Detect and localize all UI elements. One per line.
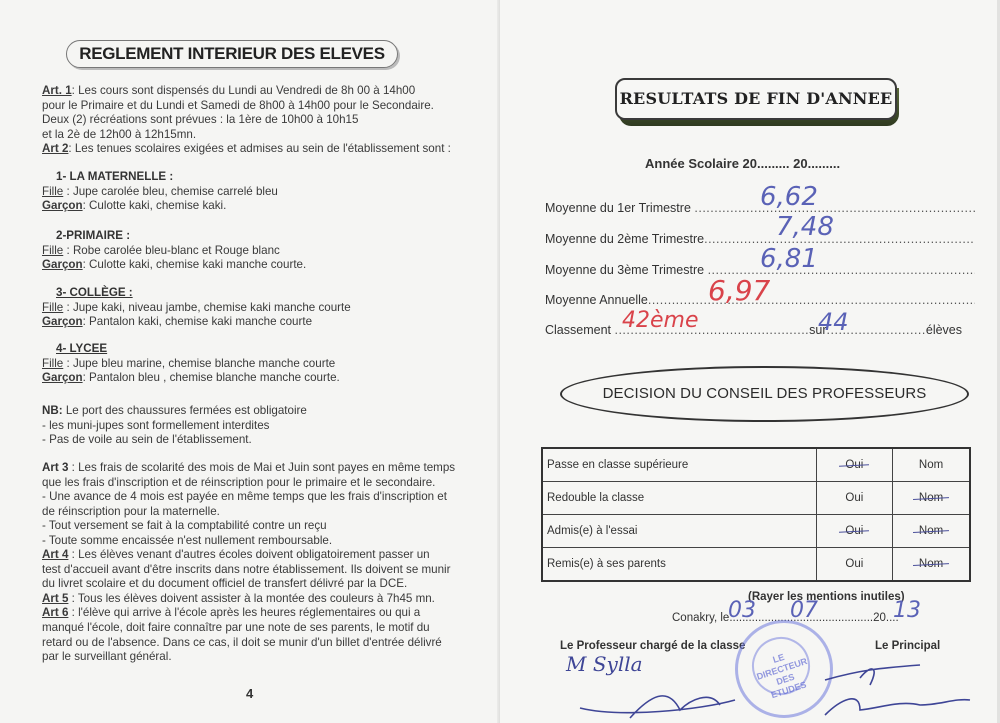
- decision-table: Passe en classe supérieure Oui Nom Redou…: [541, 447, 971, 582]
- teacher-label: Le Professeur chargé de la classe: [560, 640, 745, 652]
- decision-title: DECISION DU CONSEIL DES PROFESSEURS: [560, 366, 969, 422]
- nom-option: Nom: [919, 459, 943, 471]
- handwritten-moyenne-2: 7,48: [776, 212, 834, 242]
- art2-label: Art 2: [42, 142, 68, 155]
- oui-option: Oui: [845, 459, 863, 471]
- table-row: Admis(e) à l'essai Oui Nom: [542, 515, 970, 548]
- nom-option: Nom: [919, 558, 943, 570]
- oui-option: Oui: [845, 525, 863, 537]
- table-row: Passe en classe supérieure Oui Nom: [542, 448, 970, 482]
- table-row: Redouble la classe Oui Nom: [542, 482, 970, 515]
- article-1: Art. 1: Les cours sont dispensés du Lund…: [42, 84, 492, 157]
- table-row: Remis(e) à ses parents Oui Nom: [542, 548, 970, 582]
- principal-label: Le Principal: [875, 640, 940, 652]
- nom-option: Nom: [919, 492, 943, 504]
- reglement-title: REGLEMENT INTERIEUR DES ELEVES: [66, 40, 398, 68]
- handwritten-moyenne-1: 6,62: [760, 182, 818, 212]
- nb-notes: NB: Le port des chaussures fermées est o…: [42, 404, 492, 448]
- uniform-college: 3- COLLÈGE : Fille : Jupe kaki, niveau j…: [42, 286, 492, 330]
- article-3: Art 3 : Les frais de scolarité des mois …: [42, 461, 492, 549]
- uniform-maternelle: 1- LA MATERNELLE : Fille : Jupe carolée …: [42, 170, 492, 214]
- uniform-lycee: 4- LYCEE Fille : Jupe bleu marine, chemi…: [42, 342, 492, 386]
- left-page: REGLEMENT INTERIEUR DES ELEVES Art. 1: L…: [0, 0, 500, 723]
- uniform-primaire: 2-PRIMAIRE : Fille : Robe carolée bleu-b…: [42, 229, 492, 273]
- handwritten-year: 13: [893, 598, 921, 623]
- annee-scolaire: Année Scolaire 20......... 20.........: [645, 156, 840, 171]
- handwritten-moyenne-3: 6,81: [760, 244, 818, 274]
- handwritten-day: 03: [728, 598, 756, 623]
- handwritten-total: 44: [818, 308, 849, 336]
- handwritten-moyenne-annuelle: 6,97: [708, 274, 770, 307]
- oui-option: Oui: [845, 558, 863, 570]
- classement: Classement .............................…: [545, 323, 975, 337]
- handwritten-rank: 42ème: [622, 308, 699, 333]
- oui-option: Oui: [845, 492, 863, 504]
- page-number: 4: [246, 686, 253, 701]
- signature-strokes: [560, 660, 980, 720]
- art1-label: Art. 1: [42, 84, 72, 97]
- resultats-title: RESULTATS DE FIN D'ANNEE: [615, 78, 897, 120]
- nom-option: Nom: [919, 525, 943, 537]
- rayer-note: (Rayer les mentions inutiles): [748, 591, 905, 603]
- resultats-title-box: RESULTATS DE FIN D'ANNEE: [615, 78, 900, 126]
- handwritten-month: 07: [790, 598, 818, 623]
- article-4: Art 4 : Les élèves venant d'autres école…: [42, 548, 492, 665]
